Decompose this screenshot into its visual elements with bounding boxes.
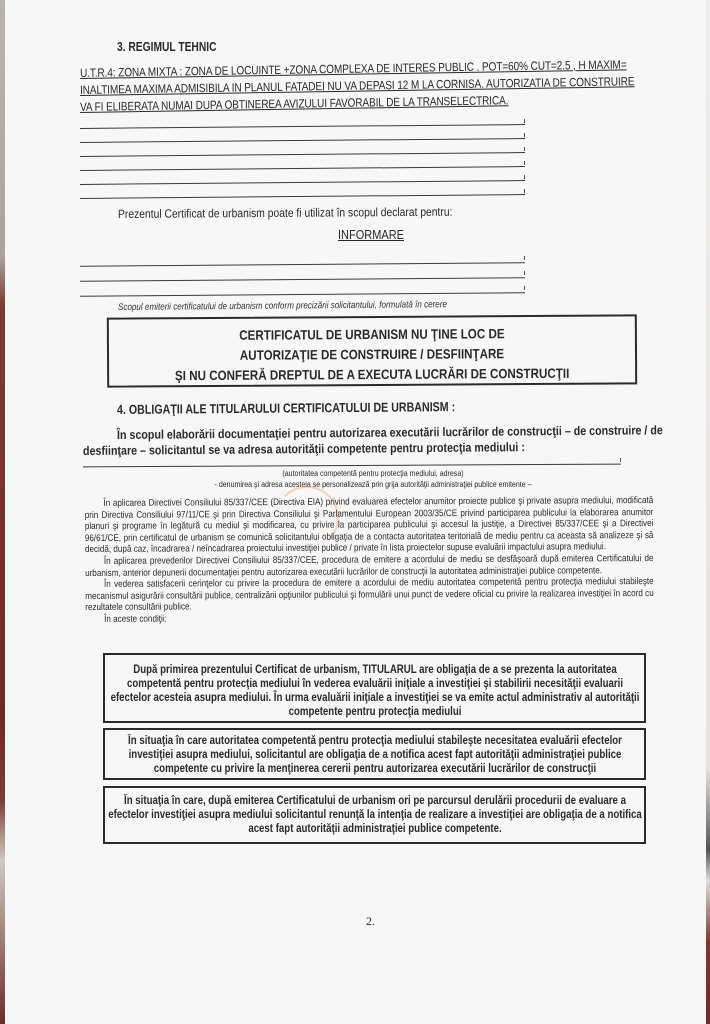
authority-note: - denumirea şi adresa acesteia se person… [127, 480, 620, 489]
section-4-title: 4. OBLIGAŢII ALE TITULARULUI CERTIFICATU… [117, 399, 455, 417]
document-page: 3. REGIMUL TEHNIC U.T.R.4: ZONA MIXTA : … [5, 0, 706, 1024]
warning-box: CERTIFICATUL DE URBANISM NU ŢINE LOC DE … [107, 314, 637, 387]
condition-box-1: După primirea prezentului Certificat de … [103, 653, 646, 723]
section-3-title: 3. REGIMUL TEHNIC [117, 40, 216, 54]
page-number: 2. [366, 914, 375, 929]
environment-paragraphs: În aplicarea Directivei Consiliului 85/3… [85, 495, 654, 626]
section-4-intro-line-1: În scopul elaborării documentaţiei pentr… [117, 423, 663, 442]
usage-statement: Prezentul Certificat de urbanism poate f… [118, 205, 453, 221]
paragraph-public-consultation: În vederea satisfacerii cerinţelor cu pr… [85, 576, 654, 614]
authority-fill-line [83, 464, 621, 468]
authority-caption: (autoritatea competentă pentru protecţia… [127, 469, 620, 478]
declared-purpose: INFORMARE [338, 228, 404, 242]
utr-line-3: VA FI ELIBERATA NUMAI DUPA OBTINEREA AVI… [80, 93, 509, 114]
warning-line-1: CERTIFICATUL DE URBANISM NU ŢINE LOC DE [146, 324, 598, 347]
condition-box-3: În situaţia în care, după emiterea Certi… [103, 786, 646, 844]
warning-line-2: AUTORIZAŢIE DE CONSTRUIRE / DESFIINŢARE [146, 344, 598, 367]
warning-line-3: ŞI NU CONFERĂ DREPTUL DE A EXECUTA LUCRĂ… [146, 364, 598, 387]
paragraph-procedure: În aplicarea prevederilor Directivei Con… [85, 553, 654, 579]
section-4-intro-line-2: desfiinţare – solicitantul se va adresa … [83, 440, 525, 458]
purpose-caption: Scopul emiterii certificatului de urbani… [118, 299, 447, 313]
condition-box-2: În situaţia în care autoritatea competen… [103, 728, 646, 780]
background-fabric-right [706, 0, 710, 1024]
paragraph-eia-directive: În aplicarea Directivei Consiliului 85/3… [85, 495, 654, 556]
